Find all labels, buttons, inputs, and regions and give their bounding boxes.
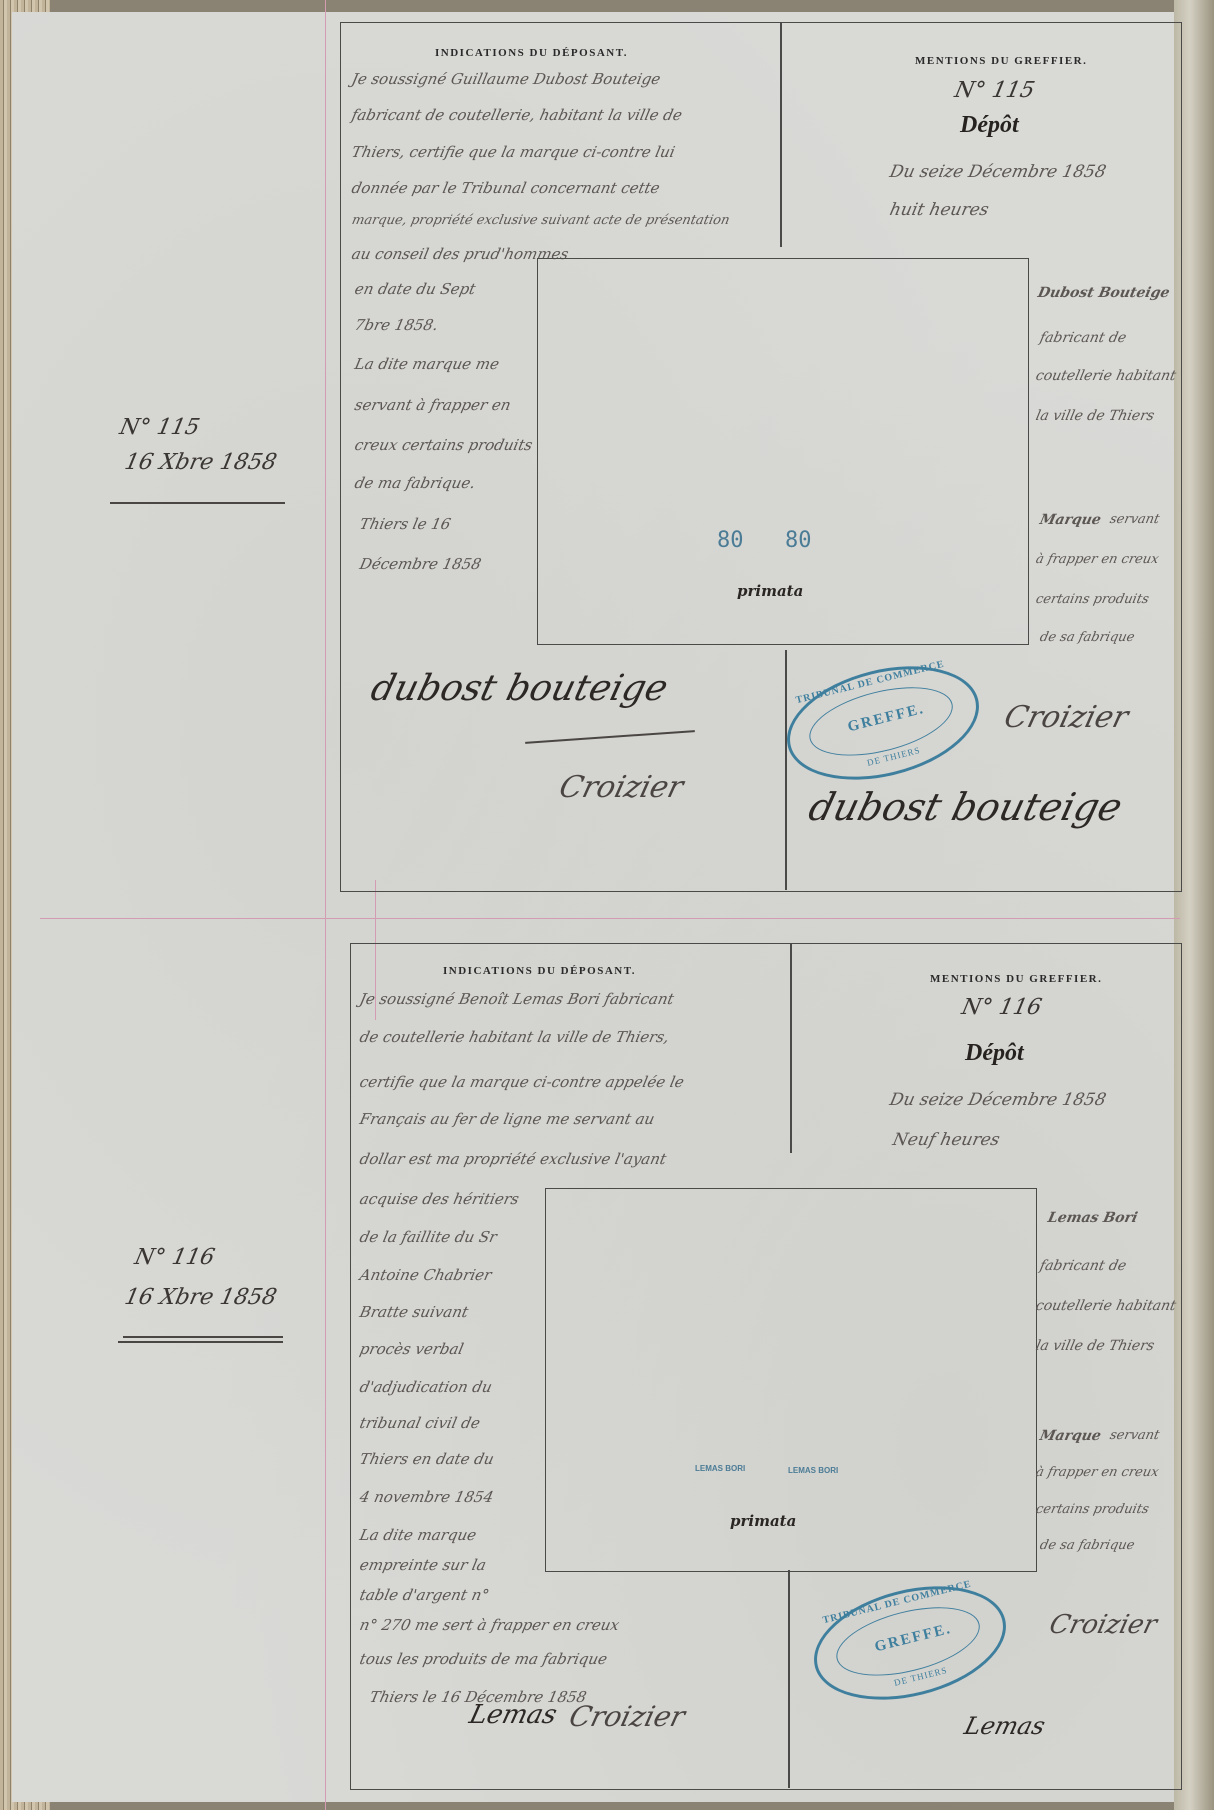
depositor-detail-line: coutellerie habitant	[1034, 368, 1177, 384]
column-divider-top	[780, 22, 782, 247]
depositor-detail-line: la ville de Thiers	[1034, 408, 1155, 424]
margin-underline	[123, 1336, 283, 1338]
statement-line: procès verbal	[358, 1340, 465, 1358]
deposit-time: huit heures	[888, 200, 991, 220]
statement-line: Antoine Chabrier	[358, 1266, 493, 1284]
trademark-stamp-left: LEMAS BORI	[695, 1465, 745, 1473]
marque-detail-line: à frapper en creux	[1034, 552, 1160, 567]
statement-line: tous les produits de ma fabrique	[358, 1650, 609, 1668]
statement-line: de la faillite du Sr	[358, 1228, 498, 1246]
deposit-date: Du seize Décembre 1858	[888, 162, 1108, 182]
column-divider-bottom	[788, 1570, 790, 1788]
margin-entry-date: 16 Xbre 1858	[122, 450, 279, 475]
statement-line: Je soussigné Benoît Lemas Bori fabricant	[358, 990, 676, 1008]
statement-line: tribunal civil de	[358, 1414, 482, 1432]
marque-detail-line: servant	[1108, 1428, 1160, 1443]
statement-line: table d'argent n°	[358, 1586, 491, 1604]
statement-line: acquise des héritiers	[358, 1190, 521, 1208]
clerk-heading: MENTIONS DU GREFFIER.	[930, 973, 1102, 985]
clerk-signature: Croizier	[556, 770, 687, 805]
statement-line: empreinte sur la	[358, 1556, 488, 1574]
marque-label: Marque	[1038, 512, 1102, 528]
statement-line: en date du Sept	[353, 280, 477, 298]
trademark-stamp-left: 80	[717, 528, 744, 553]
clerk-signature-right: Croizier	[1046, 1610, 1160, 1640]
margin-entry-number: N° 116	[132, 1245, 217, 1270]
marque-detail-line: à frapper en creux	[1034, 1465, 1160, 1480]
trademark-stamp-right: 80	[785, 528, 812, 553]
statement-line: dollar est ma propriété exclusive l'ayan…	[358, 1150, 668, 1168]
margin-rule-horizontal	[40, 918, 1180, 919]
depositor-detail-line: fabricant de	[1038, 330, 1128, 346]
depositor-heading: INDICATIONS DU DÉPOSANT.	[435, 47, 628, 59]
depot-label: Dépôt	[965, 1040, 1024, 1067]
depositor-signature-right: dubost bouteige	[805, 785, 1127, 829]
statement-line: Thiers le 16	[358, 515, 452, 533]
column-divider-bottom	[785, 650, 787, 890]
clerk-entry-number: N° 115	[952, 78, 1037, 103]
marque-detail-line: servant	[1108, 512, 1160, 527]
depositor-signature-right: Lemas	[962, 1712, 1049, 1740]
statement-line: Je soussigné Guillaume Dubost Bouteige	[350, 70, 662, 88]
deposit-date: Du seize Décembre 1858	[888, 1090, 1108, 1110]
statement-line: d'adjudication du	[358, 1378, 494, 1396]
statement-line: creux certains produits	[353, 436, 534, 454]
depositor-name: Dubost Bouteige	[1036, 285, 1171, 301]
statement-line: Bratte suivant	[358, 1303, 470, 1321]
statement-line: Thiers en date du	[358, 1450, 496, 1468]
clerk-signature: Croizier	[566, 1700, 689, 1733]
marque-detail-line: certains produits	[1034, 592, 1150, 607]
statement-line: La dite marque	[358, 1526, 478, 1544]
depot-label: Dépôt	[960, 112, 1019, 139]
statement-line: n° 270 me sert à frapper en creux	[358, 1616, 621, 1634]
depositor-detail-line: la ville de Thiers	[1034, 1338, 1155, 1354]
marque-detail-line: de sa fabrique	[1038, 1538, 1136, 1553]
margin-underline	[110, 502, 285, 504]
margin-entry-date: 16 Xbre 1858	[122, 1285, 279, 1310]
statement-line: fabricant de coutellerie, habitant la vi…	[350, 106, 684, 124]
trademark-stamp-right: LEMAS BORI	[788, 1467, 838, 1475]
trademark-caption: primata	[737, 582, 803, 600]
statement-line: Décembre 1858	[358, 555, 483, 573]
clerk-signature-right: Croizier	[1001, 700, 1132, 735]
marque-label: Marque	[1038, 1428, 1102, 1444]
statement-line: 7bre 1858.	[353, 316, 440, 334]
depositor-heading: INDICATIONS DU DÉPOSANT.	[443, 965, 636, 977]
statement-line: La dite marque me	[353, 355, 501, 373]
trademark-caption: primata	[730, 1512, 796, 1530]
depositor-name: Lemas Bori	[1046, 1210, 1139, 1226]
marque-detail-line: certains produits	[1034, 1502, 1150, 1517]
marque-detail-line: de sa fabrique	[1038, 630, 1136, 645]
statement-line: donnée par le Tribunal concernant cette	[350, 179, 661, 197]
column-divider-top	[790, 943, 792, 1153]
margin-rule-vertical	[325, 0, 326, 1810]
clerk-entry-number: N° 116	[959, 995, 1044, 1020]
depositor-signature: Lemas	[466, 1700, 560, 1730]
depositor-detail-line: coutellerie habitant	[1034, 1298, 1177, 1314]
margin-underline-second	[118, 1341, 283, 1343]
statement-line: de ma fabrique.	[353, 474, 477, 492]
margin-entry-number: N° 115	[117, 415, 202, 440]
deposit-time: Neuf heures	[891, 1130, 1002, 1150]
statement-line: de coutellerie habitant la ville de Thie…	[358, 1028, 671, 1046]
statement-line: Thiers, certifie que la marque ci-contre…	[350, 143, 677, 161]
statement-line: Français au fer de ligne me servant au	[358, 1110, 656, 1128]
depositor-signature: dubost bouteige	[367, 668, 672, 709]
clerk-heading: MENTIONS DU GREFFIER.	[915, 55, 1087, 67]
depositor-detail-line: fabricant de	[1038, 1258, 1128, 1274]
statement-line: marque, propriété exclusive suivant acte…	[350, 213, 731, 228]
statement-line: certifie que la marque ci-contre appelée…	[358, 1073, 686, 1091]
statement-line: servant à frapper en	[353, 396, 512, 414]
statement-line: 4 novembre 1854	[358, 1488, 495, 1506]
